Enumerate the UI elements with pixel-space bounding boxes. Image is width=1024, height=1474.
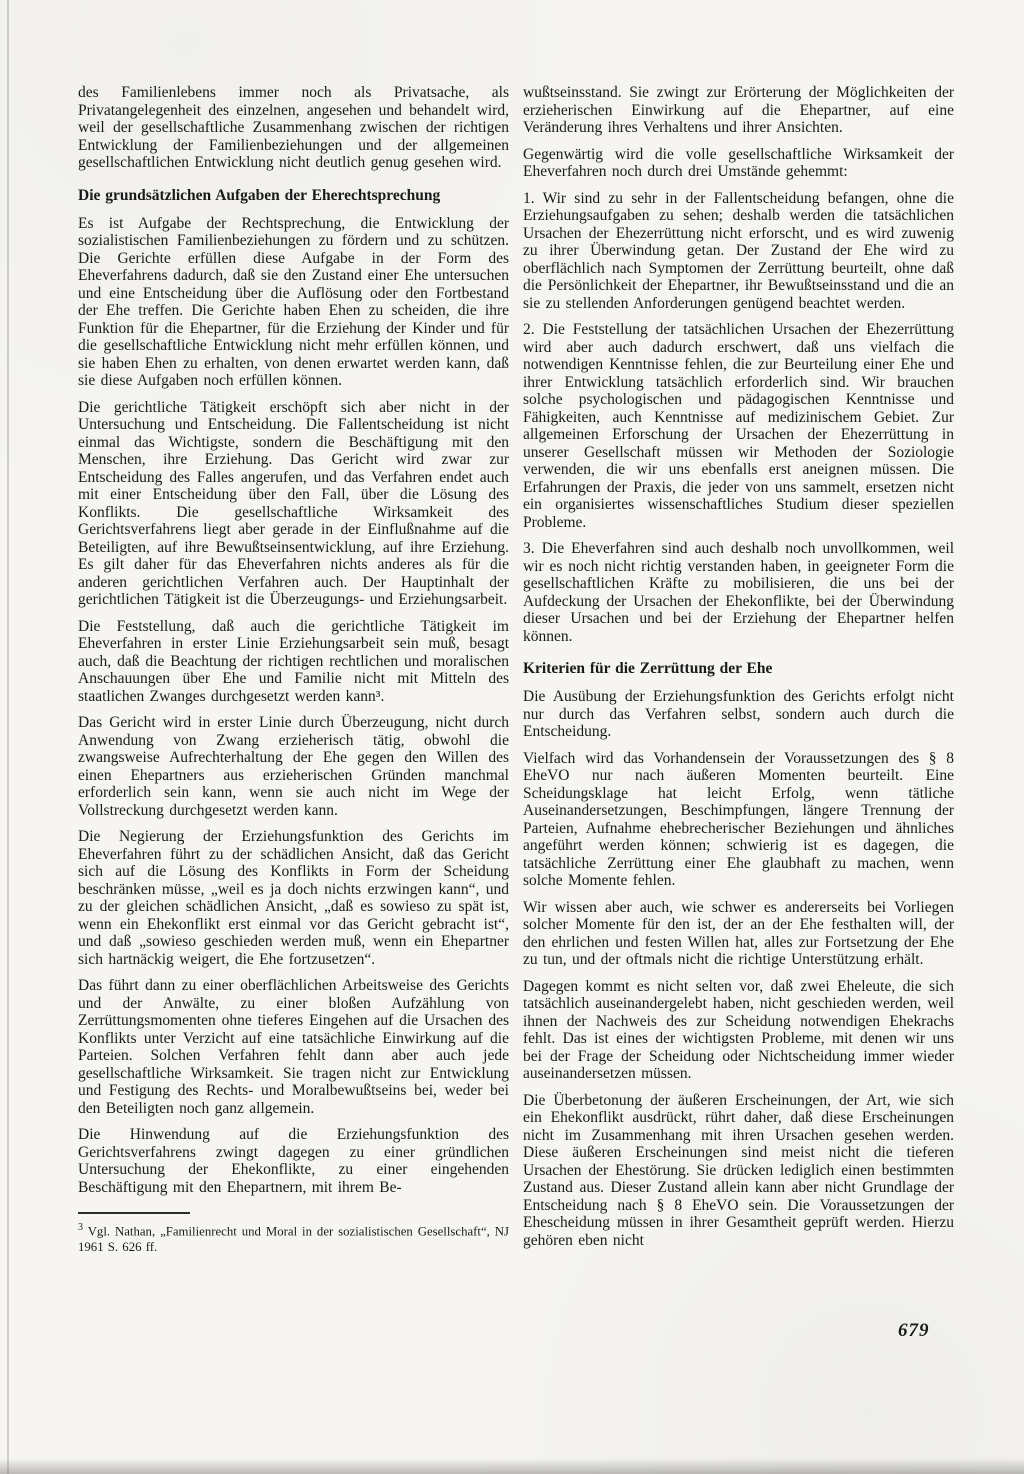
paragraph: Das führt dann zu einer oberflächlichen …: [78, 977, 509, 1117]
footnote: 3 Vgl. Nathan, „Familienrecht und Moral …: [78, 1212, 509, 1255]
paragraph: Vielfach wird das Vorhandensein der Vora…: [523, 750, 954, 890]
right-column: wußtseinsstand. Sie zwingt zur Erörterun…: [523, 84, 954, 1258]
page-number: 679: [898, 1320, 930, 1342]
footnote-text: 3 Vgl. Nathan, „Familienrecht und Moral …: [78, 1220, 509, 1255]
paragraph-numbered-2: 2. Die Feststellung der tatsächlichen Ur…: [523, 321, 954, 531]
paragraph-numbered-1: 1. Wir sind zu sehr in der Fallentscheid…: [523, 190, 954, 313]
paragraph: Gegenwärtig wird die volle gesellschaftl…: [523, 146, 954, 181]
paragraph: Die gerichtliche Tätigkeit erschöpft sic…: [78, 399, 509, 609]
paragraph: Die Ausübung der Erziehungsfunktion des …: [523, 688, 954, 741]
section-heading-aufgaben: Die grundsätzlichen Aufgaben der Eherech…: [78, 187, 509, 205]
footnote-reference: Vgl. Nathan, „Familienrecht und Moral in…: [78, 1224, 509, 1254]
paragraph: Die Überbetonung der äußeren Erscheinung…: [523, 1092, 954, 1250]
paragraph: Die Negierung der Erziehungsfunktion des…: [78, 828, 509, 968]
paragraph: Das Gericht wird in erster Linie durch Ü…: [78, 714, 509, 819]
paragraph: Die Hinwendung auf die Erziehungsfunktio…: [78, 1126, 509, 1196]
paragraph: Wir wissen aber auch, wie schwer es ande…: [523, 899, 954, 969]
paragraph-numbered-3: 3. Die Eheverfahren sind auch deshalb no…: [523, 540, 954, 645]
section-heading-kriterien: Kriterien für die Zerrüttung der Ehe: [523, 660, 954, 678]
paragraph: Dagegen kommt es nicht selten vor, daß z…: [523, 978, 954, 1083]
footnote-divider: [78, 1212, 190, 1214]
left-column: des Familienlebens immer noch als Privat…: [78, 84, 509, 1258]
paragraph: Es ist Aufgabe der Rechtsprechung, die E…: [78, 215, 509, 390]
journal-page: des Familienlebens immer noch als Privat…: [0, 0, 1024, 1258]
paragraph: Die Feststellung, daß auch die gerichtli…: [78, 618, 509, 706]
paragraph: wußtseinsstand. Sie zwingt zur Erörterun…: [523, 84, 954, 137]
paragraph-continuation: des Familienlebens immer noch als Privat…: [78, 84, 509, 172]
footnote-marker: 3: [78, 1222, 83, 1233]
